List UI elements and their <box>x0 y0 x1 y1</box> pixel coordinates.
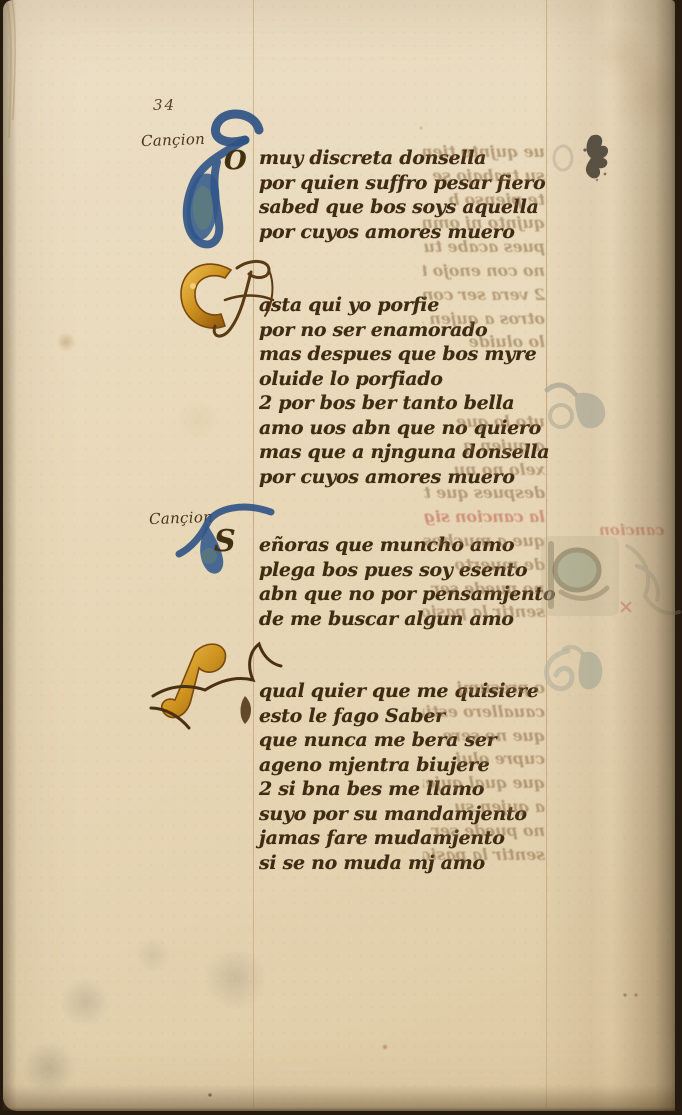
bleed-through-line: despues que tr <box>423 481 545 505</box>
bleed-through-rubric-line: la cancion sigujente <box>423 505 545 529</box>
bleed-through-line: su trabajo se <box>423 164 545 188</box>
bleed-through-line: de muerto <box>423 553 545 577</box>
guide-letter-s: S <box>214 524 236 559</box>
page-bottom-shadow <box>3 1085 675 1111</box>
bleed-through-line: cupre oluj <box>423 747 545 771</box>
bleed-through-line: uto lo que <box>423 410 545 434</box>
bleed-through-line: que no sere <box>423 724 545 748</box>
bleed-through-line: sentir la pasion agena <box>423 843 545 867</box>
bleed-through-line: te pienso b <box>423 188 545 212</box>
grey-offset-mark-1 <box>541 370 617 432</box>
bleed-through-line: no puede ser <box>423 819 545 843</box>
guide-letter-o: O <box>224 146 247 176</box>
bleed-through-line: a qujen su <box>423 795 545 819</box>
bleed-through-line: que qual qujer <box>423 771 545 795</box>
page-left-edge-shadow <box>3 0 17 1111</box>
illuminated-initial-o <box>161 106 266 256</box>
bleed-through-column-middle: uto lo que a qujen q xelo no nu despues … <box>423 410 545 624</box>
verse-line: oluide lo porfiado <box>259 367 549 392</box>
manuscript-page: 34 Cançion Cançion O muy discreta donsel… <box>3 0 675 1111</box>
bleed-through-line: que a muchos <box>423 529 545 553</box>
bleed-through-line: no puede ser <box>423 577 545 601</box>
bleed-through-column-top: ue qujnto tiemp su trabajo se te pienso … <box>423 140 545 354</box>
bleed-through-line: xelo no nu <box>423 458 545 482</box>
bleed-through-line: no con enojo turbado <box>423 259 545 283</box>
bleed-through-line: otros a qujen bien <box>423 307 545 331</box>
bleed-through-line: lo oluide <box>423 330 545 354</box>
page-edge-stack <box>3 0 25 140</box>
bleed-through-line: pues acabe tu fermos <box>423 235 545 259</box>
bleed-through-line: 2 vera ser conocer <box>423 283 545 307</box>
bleed-through-line: ue qujnto tiemp <box>423 140 545 164</box>
bleed-through-line: a qujen q <box>423 434 545 458</box>
grey-offset-mark-2 <box>538 645 622 703</box>
bleed-through-line: qujnto nj omne <box>423 211 545 235</box>
grey-offset-mark-initial <box>541 536 682 636</box>
bleed-through-column-bottom: o presumj cauallero estima que no sere c… <box>423 676 545 866</box>
bleed-through-line: sentir la pasion agena <box>423 600 545 624</box>
ghost-letter-mark <box>551 140 579 174</box>
bleed-through-line: o presumj <box>423 676 545 700</box>
ink-blot-mark <box>577 130 613 184</box>
bleed-through-line: cauallero estima <box>423 700 545 724</box>
